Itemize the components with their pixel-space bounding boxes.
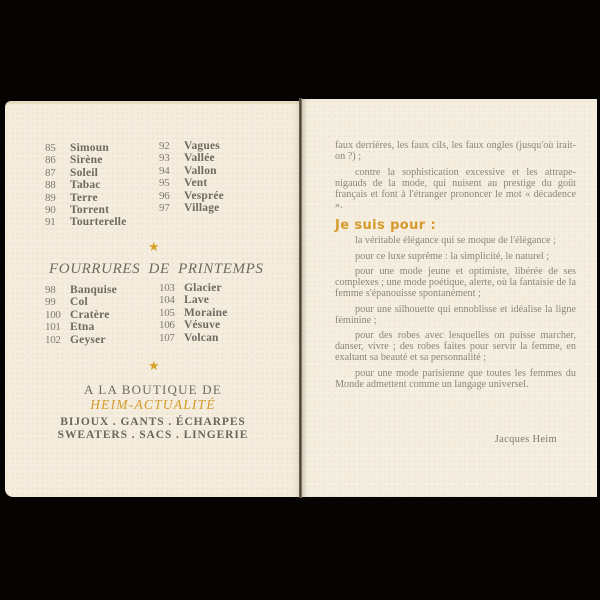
model-name: Glacier [184,282,222,294]
boutique-items-line2: SWEATERS . SACS . LINGERIE [35,429,271,441]
list-item: 106Vésuve [159,319,228,331]
list-item: 95Vent [159,177,224,189]
model-number: 105 [159,307,184,319]
list-item: 89Terre [45,192,127,204]
paragraph: contre la sophistication excessive et le… [335,167,576,211]
list-item: 103Glacier [159,282,228,294]
model-name: Vent [184,177,207,189]
model-name: Cratère [70,309,110,321]
fur-list-col1: 98Banquise99Col100Cratère101Etna102Geyse… [45,284,117,346]
model-name: Sirène [70,154,103,166]
model-name: Torrent [70,204,109,216]
list-item: 98Banquise [45,284,117,296]
signature: Jacques Heim [495,434,557,445]
model-number: 88 [45,179,70,191]
model-name: Village [184,202,219,214]
model-name: Tourterelle [70,216,127,228]
list-item: 92Vagues [159,140,224,152]
model-name: Tabac [70,179,101,191]
model-name: Volcan [184,332,219,344]
list-item: 86Sirène [45,154,127,166]
list-item: 97Village [159,202,224,214]
model-name: Vallée [184,152,215,164]
left-page: 85Simoun86Sirène87Soleil88Tabac89Terre90… [5,101,300,497]
model-number: 104 [159,294,184,306]
list-item: 96Vesprée [159,190,224,202]
list-item: 99Col [45,296,117,308]
model-number: 91 [45,216,70,228]
model-name: Soleil [70,167,98,179]
model-number: 98 [45,284,70,296]
paragraph: pour une silhouette qui ennoblisse et id… [335,304,576,326]
model-number: 95 [159,177,184,189]
model-number: 101 [45,321,70,333]
section-title-fourrures: FOURRURES DE PRINTEMPS [49,261,264,278]
model-number: 97 [159,202,184,214]
model-number: 89 [45,192,70,204]
model-name: Lave [184,294,209,306]
boutique-items-line1: BIJOUX . GANTS . ÉCHARPES [35,416,271,428]
paragraph: pour une mode jeune et optimiste, libéré… [335,266,576,299]
model-number: 100 [45,309,70,321]
list-item: 105Moraine [159,307,228,319]
intro-text: faux derrières, les faux cils, les faux … [335,140,576,215]
list-item: 100Cratère [45,309,117,321]
star-icon: ★ [148,360,160,373]
right-page: faux derrières, les faux cils, les faux … [302,99,597,497]
model-number: 92 [159,140,184,152]
list-item: 93Vallée [159,152,224,164]
list-item: 107Volcan [159,332,228,344]
model-name: Banquise [70,284,117,296]
model-number: 107 [159,332,184,344]
list-item: 87Soleil [45,167,127,179]
model-name: Vésuve [184,319,220,331]
model-list-col1: 85Simoun86Sirène87Soleil88Tabac89Terre90… [45,142,127,229]
model-name: Simoun [70,142,109,154]
model-number: 96 [159,190,184,202]
paragraph: pour une mode parisienne que toutes les … [335,368,576,390]
model-number: 93 [159,152,184,164]
model-name: Geyser [70,334,106,346]
model-name: Vallon [184,165,217,177]
list-item: 101Etna [45,321,117,333]
list-item: 102Geyser [45,334,117,346]
list-item: 91Tourterelle [45,216,127,228]
list-item: 104Lave [159,294,228,306]
model-number: 106 [159,319,184,331]
boutique-label: A LA BOUTIQUE DE [35,382,271,398]
model-name: Col [70,296,88,308]
star-icon: ★ [148,241,160,254]
paragraph: faux derrières, les faux cils, les faux … [335,140,576,162]
model-number: 86 [45,154,70,166]
list-item: 85Simoun [45,142,127,154]
model-number: 99 [45,296,70,308]
model-list-col2: 92Vagues93Vallée94Vallon95Vent96Vesprée9… [159,140,224,214]
model-number: 102 [45,334,70,346]
pour-text: la véritable élégance qui se moque de l'… [335,235,576,394]
model-name: Terre [70,192,98,204]
list-item: 88Tabac [45,179,127,191]
list-item: 90Torrent [45,204,127,216]
model-name: Moraine [184,307,228,319]
model-name: Etna [70,321,94,333]
heading-je-suis-pour: Je suis pour : [335,218,436,233]
paragraph: pour ce luxe suprême : la simplicité, le… [335,251,576,262]
paragraph: la véritable élégance qui se moque de l'… [335,235,576,246]
fur-list-col2: 103Glacier104Lave105Moraine106Vésuve107V… [159,282,228,344]
paragraph: pour des robes avec lesquelles on puisse… [335,330,576,363]
list-item: 94Vallon [159,165,224,177]
model-number: 103 [159,282,184,294]
model-number: 85 [45,142,70,154]
open-booklet: 85Simoun86Sirène87Soleil88Tabac89Terre90… [5,101,597,499]
model-number: 90 [45,204,70,216]
model-number: 87 [45,167,70,179]
model-number: 94 [159,165,184,177]
model-name: Vagues [184,140,220,152]
model-name: Vesprée [184,190,224,202]
boutique-name: HEIM-ACTUALITÉ [35,397,271,413]
